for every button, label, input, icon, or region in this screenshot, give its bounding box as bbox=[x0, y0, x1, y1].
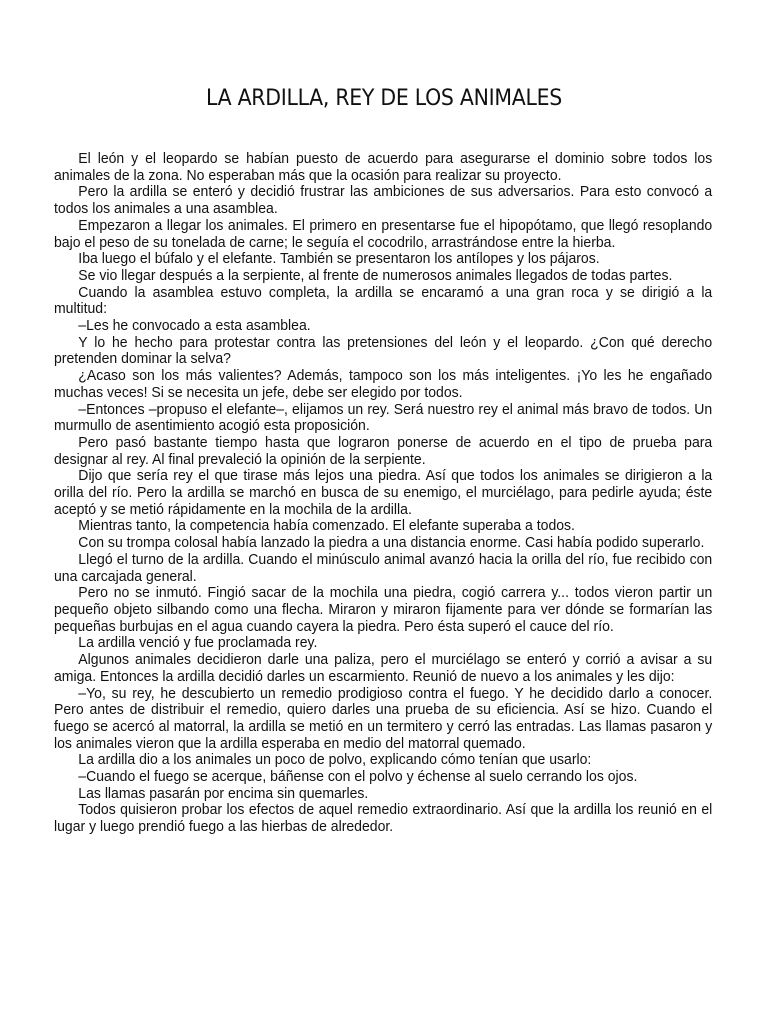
paragraph: Iba luego el búfalo y el elefante. Tambi… bbox=[54, 251, 712, 268]
paragraph: Dijo que sería rey el que tirase más lej… bbox=[54, 468, 712, 518]
document-page: LA ARDILLA, REY DE LOS ANIMALES El león … bbox=[0, 0, 768, 1024]
paragraph: El león y el leopardo se habían puesto d… bbox=[54, 151, 712, 184]
paragraph: –Entonces –propuso el elefante–, elijamo… bbox=[54, 402, 712, 435]
paragraph: La ardilla venció y fue proclamada rey. bbox=[54, 635, 712, 652]
paragraph: La ardilla dio a los animales un poco de… bbox=[54, 752, 712, 769]
paragraph: Mientras tanto, la competencia había com… bbox=[54, 518, 712, 535]
paragraph: Llegó el turno de la ardilla. Cuando el … bbox=[54, 552, 712, 585]
paragraph: Todos quisieron probar los efectos de aq… bbox=[54, 802, 712, 835]
paragraph: Y lo he hecho para protestar contra las … bbox=[54, 335, 712, 368]
paragraph: –Yo, su rey, he descubierto un remedio p… bbox=[54, 686, 712, 753]
paragraph: Algunos animales decidieron darle una pa… bbox=[54, 652, 712, 685]
paragraph: Pero la ardilla se enteró y decidió frus… bbox=[54, 184, 712, 217]
paragraph: Empezaron a llegar los animales. El prim… bbox=[54, 218, 712, 251]
document-title: LA ARDILLA, REY DE LOS ANIMALES bbox=[27, 86, 741, 111]
paragraph: –Cuando el fuego se acerque, báñense con… bbox=[54, 769, 712, 786]
document-body: El león y el leopardo se habían puesto d… bbox=[54, 151, 712, 836]
paragraph: Se vio llegar después a la serpiente, al… bbox=[54, 268, 712, 285]
paragraph: Cuando la asamblea estuvo completa, la a… bbox=[54, 285, 712, 318]
paragraph: ¿Acaso son los más valientes? Además, ta… bbox=[54, 368, 712, 401]
paragraph: –Les he convocado a esta asamblea. bbox=[54, 318, 712, 335]
paragraph: Pero no se inmutó. Fingió sacar de la mo… bbox=[54, 585, 712, 635]
paragraph: Pero pasó bastante tiempo hasta que logr… bbox=[54, 435, 712, 468]
paragraph: Con su trompa colosal había lanzado la p… bbox=[54, 535, 712, 552]
paragraph: Las llamas pasarán por encima sin quemar… bbox=[54, 786, 712, 803]
